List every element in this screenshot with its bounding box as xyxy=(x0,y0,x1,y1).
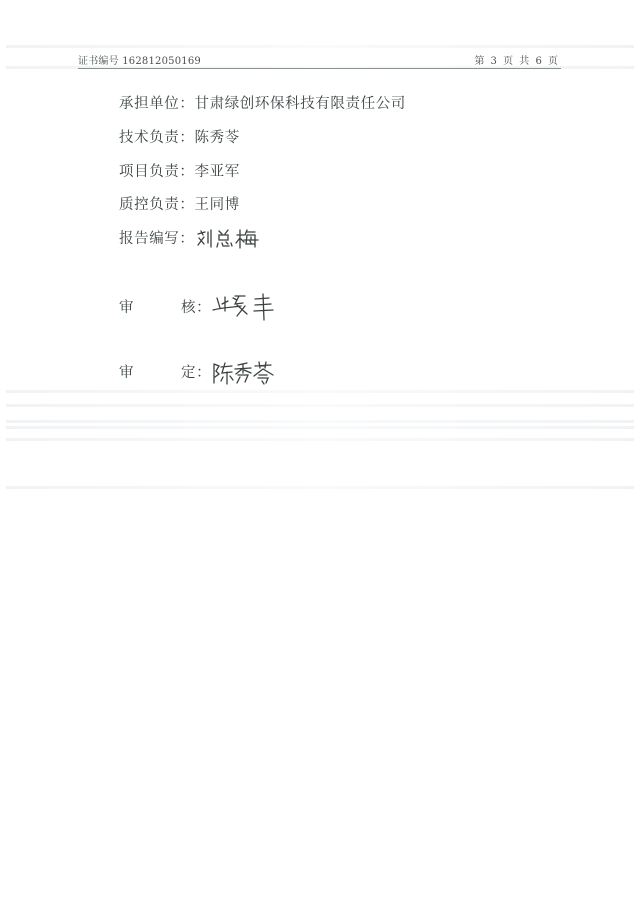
field-label: 审 xyxy=(119,361,171,382)
reviewer-signature xyxy=(211,292,281,324)
field-value: 陈秀苓 xyxy=(195,126,240,147)
field-label: 项目负责： xyxy=(119,160,195,181)
field-label: 技术负责： xyxy=(119,126,195,147)
scan-artifact xyxy=(6,438,634,441)
scan-artifact xyxy=(6,420,634,423)
scan-artifact xyxy=(6,390,634,393)
field-reviewer: 审核： xyxy=(119,292,281,324)
field-technical-lead: 技术负责：陈秀苓 xyxy=(119,126,240,147)
field-label: 核： xyxy=(181,300,211,316)
author-signature xyxy=(195,226,267,252)
scan-artifact xyxy=(6,426,634,429)
field-label: 质控负责： xyxy=(119,193,195,214)
field-label: 承担单位： xyxy=(119,92,195,113)
field-approver: 审定： xyxy=(119,360,281,386)
scan-artifact xyxy=(6,45,634,48)
approver-signature xyxy=(211,360,281,386)
field-value: 李亚军 xyxy=(195,160,240,181)
field-value: 王同博 xyxy=(195,193,240,214)
scan-artifact xyxy=(6,404,634,407)
field-value: 甘肃绿创环保科技有限责任公司 xyxy=(195,92,406,113)
field-quality-control-lead: 质控负责：王同博 xyxy=(119,193,240,214)
certificate-number: 证书编号 162812050169 xyxy=(78,52,201,67)
field-report-author: 报告编写： xyxy=(119,226,267,252)
field-label: 定： xyxy=(181,365,211,381)
scan-artifact xyxy=(6,486,634,489)
field-label: 报告编写： xyxy=(119,227,195,248)
field-undertaking-unit: 承担单位：甘肃绿创环保科技有限责任公司 xyxy=(119,92,406,113)
certificate-label: 证书编号 xyxy=(78,56,119,67)
page-header: 证书编号 162812050169 第 3 页 共 6 页 xyxy=(78,50,561,69)
page-indicator: 第 3 页 共 6 页 xyxy=(474,52,558,67)
field-label: 审 xyxy=(119,296,171,317)
certificate-number-value: 162812050169 xyxy=(122,56,201,67)
field-project-lead: 项目负责：李亚军 xyxy=(119,160,240,181)
